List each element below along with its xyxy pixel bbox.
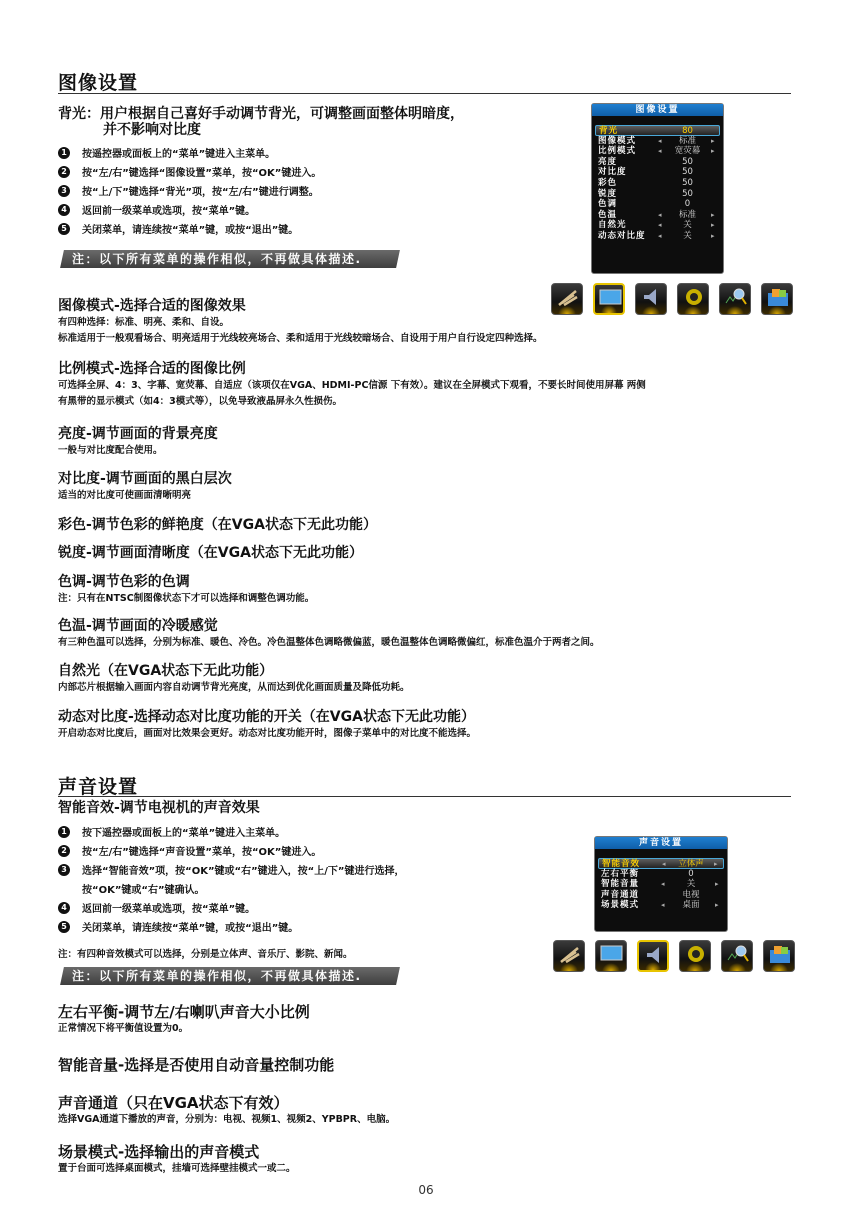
osd-row-label: 比例模式 <box>598 146 658 157</box>
arrow-right-icon: ▸ <box>715 900 721 911</box>
osd-row-smart-volume[interactable]: 智能音量◂关▸ <box>595 879 727 890</box>
picture-section-natural-light: 自然光（在VGA状态下无此功能） 内部芯片根据输入画面内容自动调节背光亮度，从而… <box>58 662 410 696</box>
picture-section-sharpness: 锐度-调节画面清晰度（在VGA状态下无此功能） <box>58 544 363 562</box>
section-body: 内部芯片根据输入画面内容自动调节背光亮度，从而达到优化画面质量及降低功耗。 <box>58 680 410 696</box>
section-title: 左右平衡-调节左/右喇叭声音大小比例 <box>58 1003 310 1021</box>
section-title: 图像模式-选择合适的图像效果 <box>58 297 818 315</box>
step-text: 选择“智能音效”项，按“OK”键或“右”键进入，按“上/下”键进行选择， <box>82 862 404 877</box>
section-body: 适当的对比度可使画面清晰明亮 <box>58 488 232 504</box>
step-item: 2按“左/右”键选择“图像设置”菜单，按“OK”键进入。 <box>58 162 321 181</box>
section-body: 一般与对比度配合使用。 <box>58 443 218 459</box>
arrow-right-icon: ▸ <box>715 879 721 890</box>
osd-row-label: 对比度 <box>598 167 658 178</box>
osd-row-color[interactable]: 彩色50 <box>592 178 723 189</box>
magnifier-chart-icon[interactable] <box>721 940 753 972</box>
osd-row-picture-mode[interactable]: 图像模式◂标准▸ <box>592 136 723 147</box>
step-text: 关闭菜单，请连续按“菜单”键，或按“退出”键。 <box>82 919 298 934</box>
section-body: 有四种选择：标准、明亮、柔和、自设。 <box>58 315 818 331</box>
arrow-right-icon: ▸ <box>711 146 717 157</box>
osd-row-value: 立体声 <box>668 859 714 868</box>
step-text: 按“左/右”键选择“图像设置”菜单，按“OK”键进入。 <box>82 164 321 179</box>
step-number-icon: 3 <box>58 864 70 876</box>
osd-row-label: 背光 <box>599 126 659 135</box>
section-title: 场景模式-选择输出的声音模式 <box>58 1143 296 1161</box>
osd-row-value: 50 <box>664 178 711 189</box>
osd-row-label: 锐度 <box>598 189 658 200</box>
page-number: 06 <box>0 1183 852 1197</box>
osd-row-label: 智能音量 <box>601 879 661 890</box>
osd-row-value: 关 <box>667 879 715 890</box>
picture-settings-title: 图像设置 <box>58 68 138 95</box>
step-item: 1按下遥控器或面板上的“菜单”键进入主菜单。 <box>58 822 404 841</box>
step-number-icon: 1 <box>58 147 70 159</box>
note-banner-text: 注：以下所有菜单的操作相似，不再做具体描述. <box>72 967 362 985</box>
osd-row-brightness[interactable]: 亮度50 <box>592 157 723 168</box>
step-number-icon: 4 <box>58 204 70 216</box>
picture-section-brightness: 亮度-调节画面的背景亮度 一般与对比度配合使用。 <box>58 425 218 459</box>
section-title: 自然光（在VGA状态下无此功能） <box>58 662 410 680</box>
osd-row-dynamic-contrast[interactable]: 动态对比度◂关▸ <box>592 231 723 242</box>
arrow-right-icon: ▸ <box>711 136 717 147</box>
backlight-lead-line2: 并不影响对比度 <box>103 122 201 138</box>
step-item-continued: 按“OK”键或“右”键确认。 <box>58 879 404 898</box>
picture-section-color-temp: 色温-调节画面的冷暖感觉 有三种色温可以选择，分别为标准、暖色、冷色。冷色温整体… <box>58 617 818 651</box>
step-text: 按“OK”键或“右”键确认。 <box>82 881 205 896</box>
picture-section-picture-mode: 图像模式-选择合适的图像效果 有四种选择：标准、明亮、柔和、自设。 标准适用于一… <box>58 297 818 347</box>
arrow-right-icon: ▸ <box>711 231 717 242</box>
osd-row-label: 色调 <box>598 199 658 210</box>
step-number-icon: 1 <box>58 826 70 838</box>
osd-row-aspect-mode[interactable]: 比例模式◂宽荧幕▸ <box>592 146 723 157</box>
osd-row-value: 标准 <box>664 210 711 221</box>
section-body: 标准适用于一般观看场合、明亮适用于光线较亮场合、柔和适用于光线较暗场合、自设用于… <box>58 331 818 347</box>
osd-row-label: 亮度 <box>598 157 658 168</box>
section-title: 声音通道（只在VGA状态下有效） <box>58 1094 395 1112</box>
gear-icon[interactable] <box>679 940 711 972</box>
osd-title: 声音设置 <box>595 837 727 849</box>
osd-row-tint[interactable]: 色调0 <box>592 199 723 210</box>
step-text: 按遥控器或面板上的“菜单”键进入主菜单。 <box>82 145 275 160</box>
osd-row-value: 桌面 <box>667 900 715 911</box>
osd-row-value: 关 <box>664 231 711 242</box>
step-number-icon: 2 <box>58 166 70 178</box>
step-number-icon: 4 <box>58 902 70 914</box>
section-body: 选择VGA通道下播放的声音，分别为：电视、视频1、视频2、YPBPR、电脑。 <box>58 1112 395 1128</box>
picture-section-contrast: 对比度-调节画面的黑白层次 适当的对比度可使画面清晰明亮 <box>58 470 232 504</box>
section-title: 色温-调节画面的冷暖感觉 <box>58 617 818 635</box>
picture-section-aspect-mode: 比例模式-选择合适的图像比例 可选择全屏、4：3、字幕、宽荧幕、自适应（该项仅在… <box>58 360 818 410</box>
step-text: 按“左/右”键选择“声音设置”菜单，按“OK”键进入。 <box>82 843 321 858</box>
osd-row-label: 声音通道 <box>601 890 661 901</box>
osd-row-value: 50 <box>664 157 711 168</box>
speaker-icon[interactable] <box>637 940 669 972</box>
sound-settings-title: 声音设置 <box>58 772 138 799</box>
section-title: 色调-调节色彩的色调 <box>58 573 314 591</box>
sound-menu-icon-bar <box>553 940 795 972</box>
osd-row-contrast[interactable]: 对比度50 <box>592 167 723 178</box>
osd-row-balance[interactable]: 左右平衡0 <box>595 869 727 880</box>
osd-row-value: 50 <box>664 167 711 178</box>
step-text: 返回前一级菜单或选项，按“菜单”键。 <box>82 202 255 217</box>
osd-row-label: 自然光 <box>598 220 658 231</box>
step-item: 5关闭菜单，请连续按“菜单”键，或按“退出”键。 <box>58 917 404 936</box>
osd-row-value: 关 <box>664 220 711 231</box>
section-body: 置于台面可选择桌面模式，挂墙可选择壁挂模式一或二。 <box>58 1161 296 1177</box>
section-body: 可选择全屏、4：3、字幕、宽荧幕、自适应（该项仅在VGA、HDMI-PC信源 下… <box>58 378 818 394</box>
osd-row-scene-mode[interactable]: 场景模式◂桌面▸ <box>595 900 727 911</box>
sound-section-audio-channel: 声音通道（只在VGA状态下有效） 选择VGA通道下播放的声音，分别为：电视、视频… <box>58 1094 395 1128</box>
step-item: 3选择“智能音效”项，按“OK”键或“右”键进入，按“上/下”键进行选择， <box>58 860 404 879</box>
osd-row-value: 宽荧幕 <box>664 146 711 157</box>
osd-title: 图像设置 <box>592 104 723 116</box>
step-number-icon: 2 <box>58 845 70 857</box>
sound-mode-note: 注：有四种音效模式可以选择，分别是立体声、音乐厅、影院、新闻。 <box>58 947 353 963</box>
osd-row-label: 动态对比度 <box>598 231 658 242</box>
step-text: 返回前一级菜单或选项，按“菜单”键。 <box>82 900 255 915</box>
backlight-lead-line1: 背光：用户根据自己喜好手动调节背光，可调整画面整体明暗度， <box>58 106 464 122</box>
step-item: 2按“左/右”键选择“声音设置”菜单，按“OK”键进入。 <box>58 841 404 860</box>
sound-steps: 1按下遥控器或面板上的“菜单”键进入主菜单。 2按“左/右”键选择“声音设置”菜… <box>58 822 404 936</box>
osd-row-sharpness[interactable]: 锐度50 <box>592 189 723 200</box>
section-title: 对比度-调节画面的黑白层次 <box>58 470 232 488</box>
step-item: 4返回前一级菜单或选项，按“菜单”键。 <box>58 200 321 219</box>
osd-row-smart-sound[interactable]: 智能音效◂立体声▸ <box>598 858 724 869</box>
osd-row-label: 彩色 <box>598 178 658 189</box>
step-item: 3按“上/下”键选择“背光”项，按“左/右”键进行调整。 <box>58 181 321 200</box>
osd-row-label: 色温 <box>598 210 658 221</box>
sound-section-smart-volume: 智能音量-选择是否使用自动音量控制功能 <box>58 1056 334 1074</box>
note-banner: 注：以下所有菜单的操作相似，不再做具体描述. <box>60 967 400 985</box>
osd-row-label: 左右平衡 <box>601 869 661 880</box>
section-title: 比例模式-选择合适的图像比例 <box>58 360 818 378</box>
arrow-right-icon: ▸ <box>711 220 717 231</box>
arrow-right-icon: ▸ <box>714 859 720 868</box>
osd-row-value: 电视 <box>667 890 715 901</box>
osd-row-value: 0 <box>664 199 711 210</box>
osd-row-color-temp[interactable]: 色温◂标准▸ <box>592 210 723 221</box>
osd-row-value: 50 <box>664 189 711 200</box>
step-text: 按“上/下”键选择“背光”项，按“左/右”键进行调整。 <box>82 183 319 198</box>
step-number-icon: 3 <box>58 185 70 197</box>
picture-osd-menu: 图像设置 背光80 图像模式◂标准▸ 比例模式◂宽荧幕▸ 亮度50 对比度50 … <box>591 103 724 274</box>
note-banner: 注：以下所有菜单的操作相似，不再做具体描述. <box>60 250 400 268</box>
section-title: 亮度-调节画面的背景亮度 <box>58 425 218 443</box>
title-divider <box>58 93 791 94</box>
section-title: 彩色-调节色彩的鲜艳度（在VGA状态下无此功能） <box>58 516 377 534</box>
step-item: 4返回前一级菜单或选项，按“菜单”键。 <box>58 898 404 917</box>
note-banner-text: 注：以下所有菜单的操作相似，不再做具体描述. <box>72 250 362 268</box>
picture-section-dynamic-contrast: 动态对比度-选择动态对比度功能的开关（在VGA状态下无此功能） 开启动态对比度后… <box>58 708 476 742</box>
section-body: 有三种色温可以选择，分别为标准、暖色、冷色。冷色温整体色调略微偏蓝，暖色温整体色… <box>58 635 818 651</box>
arrow-right-icon: ▸ <box>711 210 717 221</box>
osd-row-value: 80 <box>665 126 710 135</box>
sound-section-scene-mode: 场景模式-选择输出的声音模式 置于台面可选择桌面模式，挂墙可选择壁挂模式一或二。 <box>58 1143 296 1177</box>
osd-row-label: 智能音效 <box>602 859 662 868</box>
sound-subtitle: 智能音效-调节电视机的声音效果 <box>58 800 260 816</box>
sound-section-balance: 左右平衡-调节左/右喇叭声音大小比例 正常情况下将平衡值设置为0。 <box>58 1003 310 1037</box>
picture-section-color: 彩色-调节色彩的鲜艳度（在VGA状态下无此功能） <box>58 516 377 534</box>
osd-row-value: 0 <box>667 869 715 880</box>
step-number-icon: 5 <box>58 921 70 933</box>
step-item: 5关闭菜单，请连续按“菜单”键，或按“退出”键。 <box>58 219 321 238</box>
picture-steps: 1按遥控器或面板上的“菜单”键进入主菜单。 2按“左/右”键选择“图像设置”菜单… <box>58 143 321 238</box>
picture-section-tint: 色调-调节色彩的色调 注：只有在NTSC制图像状态下才可以选择和调整色调功能。 <box>58 573 314 607</box>
wheat-icon[interactable] <box>553 940 585 972</box>
title-divider <box>58 796 791 797</box>
section-title: 动态对比度-选择动态对比度功能的开关（在VGA状态下无此功能） <box>58 708 476 726</box>
section-body: 有黑带的显示模式（如4：3模式等），以免导致液晶屏永久性损伤。 <box>58 394 818 410</box>
osd-row-natural-light[interactable]: 自然光◂关▸ <box>592 220 723 231</box>
step-text: 关闭菜单，请连续按“菜单”键，或按“退出”键。 <box>82 221 298 236</box>
section-body: 正常情况下将平衡值设置为0。 <box>58 1021 310 1037</box>
sound-osd-menu: 声音设置 智能音效◂立体声▸ 左右平衡0 智能音量◂关▸ 声音通道电视 场景模式… <box>594 836 728 932</box>
section-body: 注：只有在NTSC制图像状态下才可以选择和调整色调功能。 <box>58 591 314 607</box>
osd-row-value: 标准 <box>664 136 711 147</box>
step-item: 1按遥控器或面板上的“菜单”键进入主菜单。 <box>58 143 321 162</box>
tv-screen-icon[interactable] <box>595 940 627 972</box>
osd-row-label: 图像模式 <box>598 136 658 147</box>
folder-apps-icon[interactable] <box>763 940 795 972</box>
section-body: 开启动态对比度后，画面对比效果会更好。动态对比度功能开时，图像子菜单中的对比度不… <box>58 726 476 742</box>
step-text: 按下遥控器或面板上的“菜单”键进入主菜单。 <box>82 824 285 839</box>
section-title: 智能音量-选择是否使用自动音量控制功能 <box>58 1056 334 1074</box>
osd-row-label: 场景模式 <box>601 900 661 911</box>
osd-row-audio-channel[interactable]: 声音通道电视 <box>595 890 727 901</box>
osd-row-backlight[interactable]: 背光80 <box>595 125 720 136</box>
step-number-icon: 5 <box>58 223 70 235</box>
section-title: 锐度-调节画面清晰度（在VGA状态下无此功能） <box>58 544 363 562</box>
